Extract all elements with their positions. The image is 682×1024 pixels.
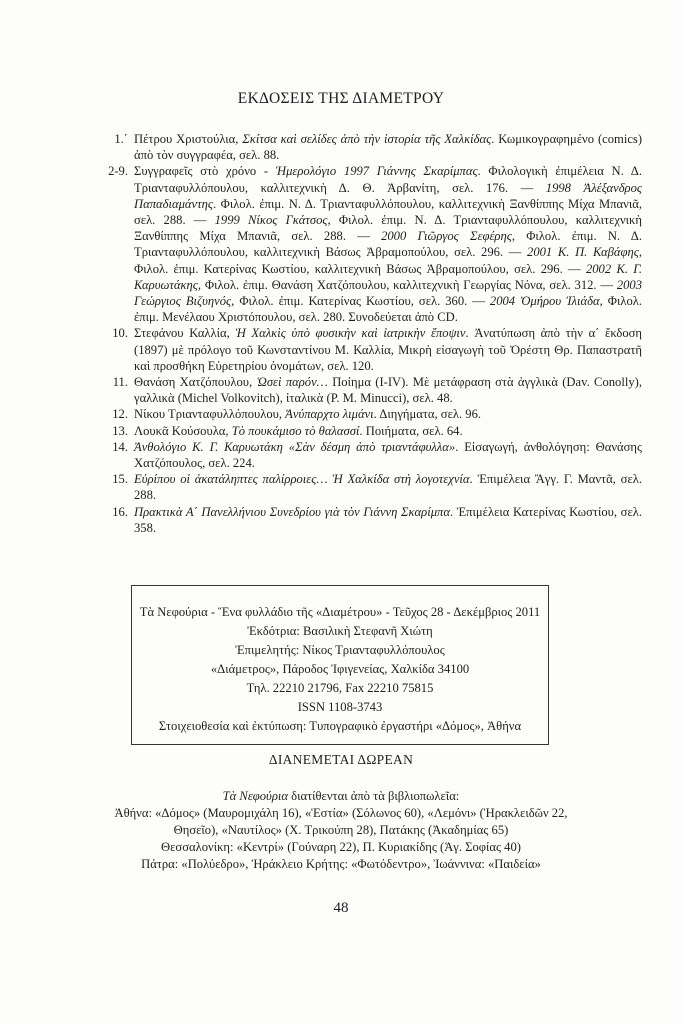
entry-number: 12.: [106, 406, 134, 422]
list-item: 2-9.Συγγραφεῖς στὸ χρόνο - Ἡμερολόγιο 19…: [106, 163, 642, 325]
distribution-intro-text: διατίθενται ἀπὸ τὰ βιβλιοπωλεῖα:: [288, 789, 459, 803]
distribution-intro: Τὰ Νεφούρια διατίθενται ἀπὸ τὰ βιβλιοπωλ…: [100, 788, 582, 805]
entry-number: 1.΄: [106, 131, 134, 163]
distribution-line: Πάτρα: «Πολύεδρο», Ἡράκλειο Κρήτης: «Φωτ…: [100, 856, 582, 873]
list-item: 15.Εὐρίπου οἱ ἀκατάληπτες παλίρροιες… Ἡ …: [106, 471, 642, 503]
journal-name: Τὰ Νεφούρια: [223, 789, 288, 803]
colophon-line: Στοιχειοθεσία καὶ ἐκτύπωση: Τυπογραφικὸ …: [132, 717, 548, 736]
distribution-heading: ΔΙΑΝΕΜΕΤΑΙ ΔΩΡΕΑΝ: [0, 752, 682, 768]
entry-number: 16.: [106, 504, 134, 536]
entry-text: Πρακτικὰ Α΄ Πανελλήνιου Συνεδρίου γιὰ τὸ…: [134, 504, 642, 536]
colophon-line: Τὰ Νεφούρια - Ἕνα φυλλάδιο τῆς «Διαμέτρο…: [132, 603, 548, 622]
page-title: ΕΚΔΟΣΕΙΣ ΤΗΣ ΔΙΑΜΕΤΡΟΥ: [0, 90, 682, 108]
distribution-info: Τὰ Νεφούρια διατίθενται ἀπὸ τὰ βιβλιοπωλ…: [100, 788, 582, 873]
list-item: 13.Λουκᾶ Κούσουλα, Τὸ πουκάμισο τὸ θαλασ…: [106, 423, 642, 439]
entry-text: Εὐρίπου οἱ ἀκατάληπτες παλίρροιες… Ἡ Χαλ…: [134, 471, 642, 503]
colophon-box: Τὰ Νεφούρια - Ἕνα φυλλάδιο τῆς «Διαμέτρο…: [131, 585, 549, 745]
colophon-line: «Διάμετρος», Πάροδος Ἰφιγενείας, Χαλκίδα…: [132, 660, 548, 679]
colophon-line: Ἐπιμελητής: Νίκος Τριανταφυλλόπουλος: [132, 641, 548, 660]
entry-text: Συγγραφεῖς στὸ χρόνο - Ἡμερολόγιο 1997 Γ…: [134, 163, 642, 325]
entry-text: Στεφάνου Καλλία, Ἡ Χαλκὶς ὑπὸ φυσικὴν κα…: [134, 325, 642, 374]
list-item: 12.Νίκου Τριανταφυλλόπουλου, Ἀνύπαρχτο λ…: [106, 406, 642, 422]
entry-text: Λουκᾶ Κούσουλα, Τὸ πουκάμισο τὸ θαλασσί.…: [134, 423, 642, 439]
page-number: 48: [0, 900, 682, 917]
entry-number: 2-9.: [106, 163, 134, 325]
list-item: 16.Πρακτικὰ Α΄ Πανελλήνιου Συνεδρίου γιὰ…: [106, 504, 642, 536]
entry-text: Θανάση Χατζόπουλου, Ὡσεὶ παρόν… Ποίημα (…: [134, 374, 642, 406]
entry-text: Ἀνθολόγιο Κ. Γ. Καρυωτάκη «Σὰν δέσμη ἀπὸ…: [134, 439, 642, 471]
list-item: 14.Ἀνθολόγιο Κ. Γ. Καρυωτάκη «Σὰν δέσμη …: [106, 439, 642, 471]
colophon-line: Τηλ. 22210 21796, Fax 22210 75815: [132, 679, 548, 698]
distribution-line: Ἀθήνα: «Δόμος» (Μαυρομιχάλη 16), «Ἑστία»…: [100, 805, 582, 839]
list-item: 1.΄Πέτρου Χριστούλια, Σκίτσα καὶ σελίδες…: [106, 131, 642, 163]
entry-number: 11.: [106, 374, 134, 406]
distribution-line: Θεσσαλονίκη: «Κεντρί» (Γούναρη 22), Π. Κ…: [100, 839, 582, 856]
publications-list: 1.΄Πέτρου Χριστούλια, Σκίτσα καὶ σελίδες…: [106, 131, 642, 536]
entry-number: 13.: [106, 423, 134, 439]
colophon-line: Ἐκδότρια: Βασιλικὴ Στεφανῆ Χιώτη: [132, 622, 548, 641]
entry-number: 14.: [106, 439, 134, 471]
entry-number: 10.: [106, 325, 134, 374]
list-item: 11.Θανάση Χατζόπουλου, Ὡσεὶ παρόν… Ποίημ…: [106, 374, 642, 406]
entry-number: 15.: [106, 471, 134, 503]
list-item: 10.Στεφάνου Καλλία, Ἡ Χαλκὶς ὑπὸ φυσικὴν…: [106, 325, 642, 374]
entry-text: Πέτρου Χριστούλια, Σκίτσα καὶ σελίδες ἀπ…: [134, 131, 642, 163]
colophon-line: ISSN 1108-3743: [132, 698, 548, 717]
entry-text: Νίκου Τριανταφυλλόπουλου, Ἀνύπαρχτο λιμά…: [134, 406, 642, 422]
